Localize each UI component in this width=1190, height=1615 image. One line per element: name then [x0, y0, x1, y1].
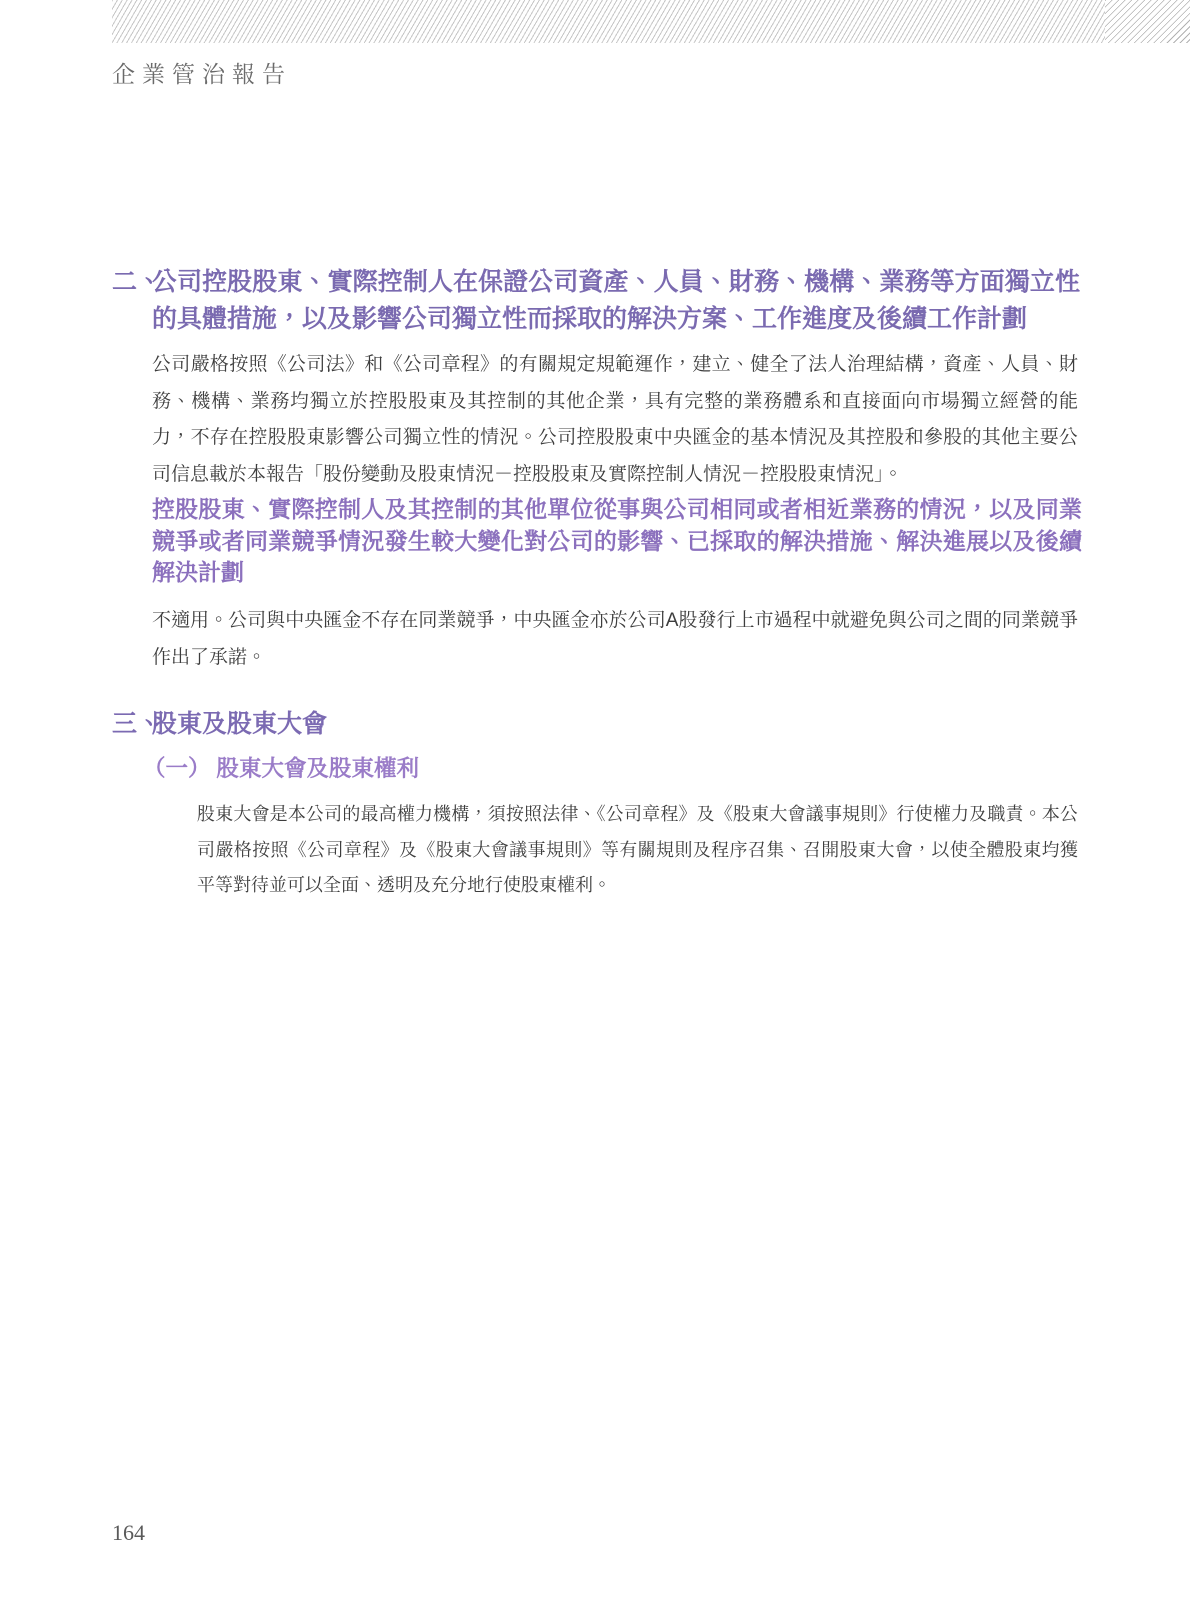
running-header-title: 企業管治報告 — [112, 56, 292, 89]
section-2-subparagraph: 不適用。公司與中央匯金不存在同業競爭，中央匯金亦於公司A股發行上市過程中就避免與… — [152, 603, 1078, 676]
section-2-paragraph: 公司嚴格按照《公司法》和《公司章程》的有關規定規範運作，建立、健全了法人治理結構… — [152, 347, 1078, 493]
section-3-heading: 三、股東及股東大會 — [112, 706, 1080, 743]
section-3-title: 股東及股東大會 — [152, 710, 327, 738]
section-2-subheading: 控股股東、實際控制人及其控制的其他單位從事與公司相同或者相近業務的情況，以及同業… — [152, 494, 1082, 589]
section-2-number: 二、 — [112, 264, 162, 301]
section-3-item-1-title: 股東大會及股東權利 — [217, 756, 420, 781]
section-3-item-1-number: （一） — [143, 756, 211, 781]
decorative-hatch-band — [112, 0, 1190, 43]
page-number: 164 — [112, 1520, 145, 1546]
section-2-title: 公司控股股東、實際控制人在保證公司資產、人員、財務、機構、業務等方面獨立性的具體… — [152, 268, 1080, 333]
section-3-item-1-heading: （一）股東大會及股東權利 — [143, 751, 419, 783]
section-2-heading: 二、公司控股股東、實際控制人在保證公司資產、人員、財務、機構、業務等方面獨立性的… — [112, 264, 1080, 338]
section-3-number: 三、 — [112, 706, 162, 743]
report-page: 企業管治報告 二、公司控股股東、實際控制人在保證公司資產、人員、財務、機構、業務… — [0, 0, 1190, 1615]
decorative-hatch-band-dark-segment — [1105, 0, 1190, 43]
section-3-item-1-paragraph: 股東大會是本公司的最高權力機構，須按照法律、《公司章程》及《股東大會議事規則》行… — [197, 797, 1078, 904]
